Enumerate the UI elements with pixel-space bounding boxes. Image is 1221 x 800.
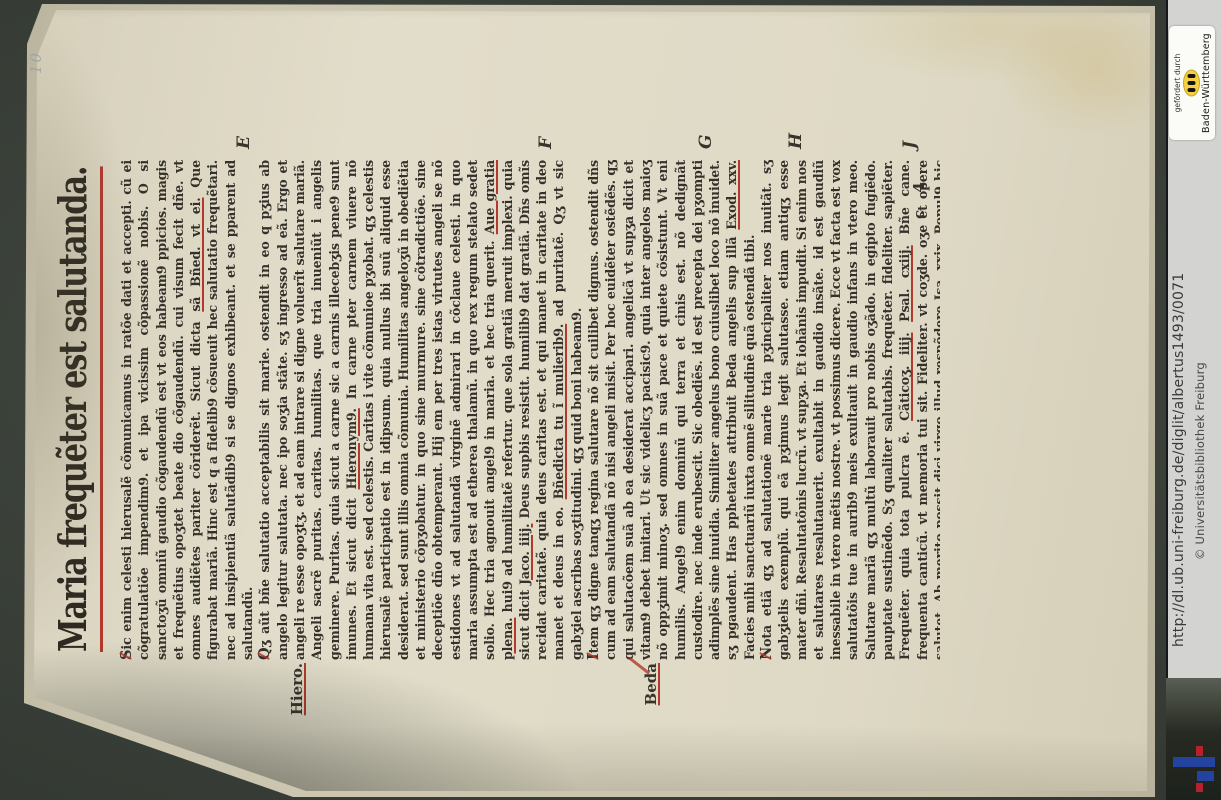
freiburg-logo-red-top bbox=[1196, 746, 1203, 756]
watermark-strip-dark-section bbox=[1166, 678, 1221, 800]
freiburg-logo-blue-short bbox=[1197, 771, 1214, 781]
copyright-notice: © Universitätsbibliothek Freiburg bbox=[1193, 362, 1207, 560]
funding-name-label: Baden-Württemberg bbox=[1201, 33, 1212, 133]
parchment-page bbox=[0, 0, 1221, 800]
freiburg-logo-red-bottom bbox=[1196, 783, 1203, 792]
funding-note-label: gefördert durch bbox=[1173, 54, 1182, 113]
handwritten-folio-number: 10 bbox=[27, 51, 45, 74]
scan-viewer-canvas: { "page": { "handwritten_folio": "10", "… bbox=[0, 0, 1221, 800]
freiburg-logo-blue-long bbox=[1173, 757, 1215, 767]
digitization-url: http://dl.ub.uni-freiburg.de/diglit/albe… bbox=[1171, 273, 1187, 647]
funding-logo-panel: gefördert durch Baden-Württemberg bbox=[1169, 26, 1215, 140]
baden-wuerttemberg-coat-of-arms-icon bbox=[1183, 69, 1200, 97]
